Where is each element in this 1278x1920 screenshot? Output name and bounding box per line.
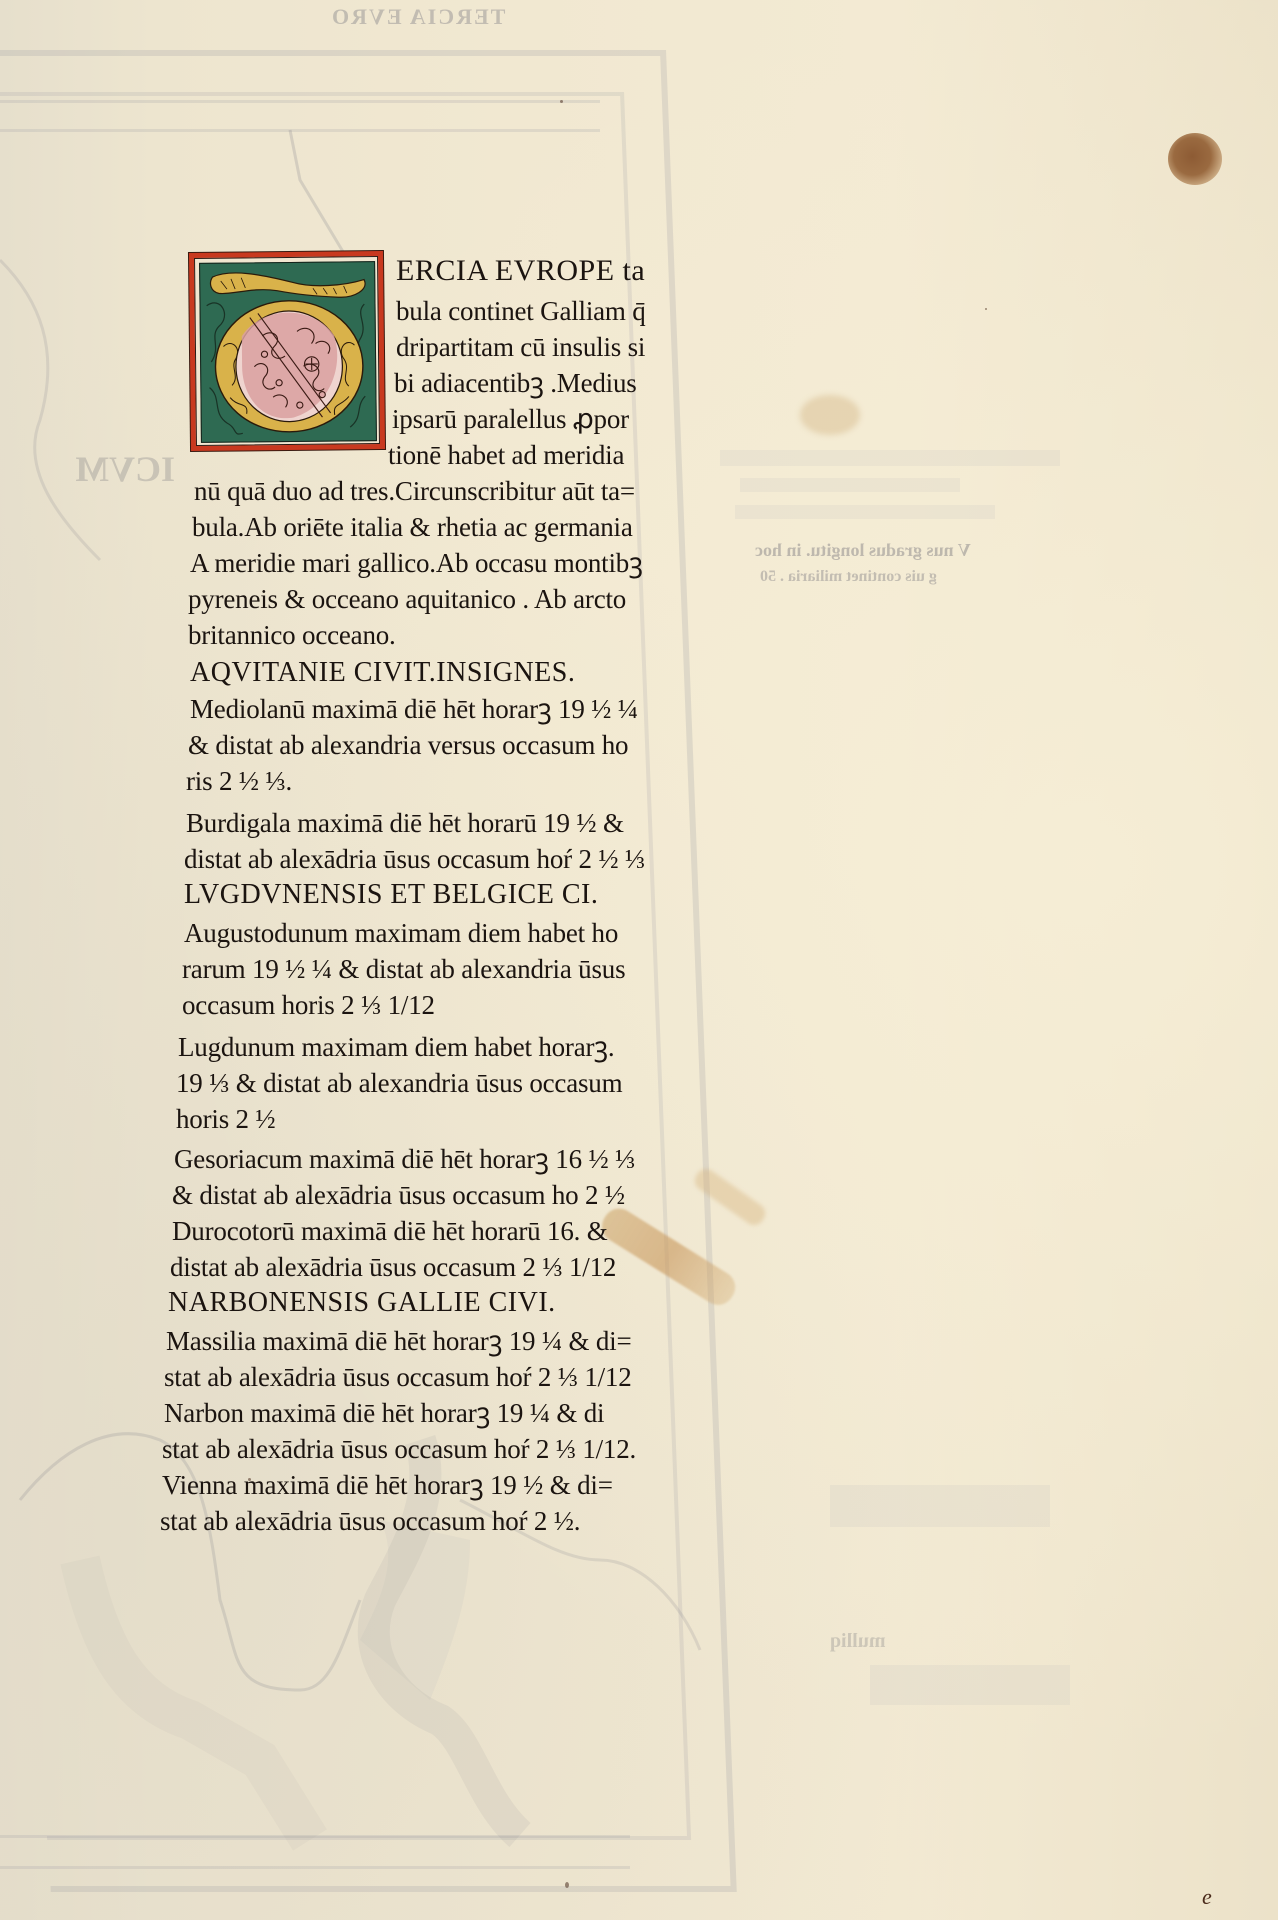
text-line: bula.Ab oriēte italia & rhetia ac german… xyxy=(192,510,633,544)
decorated-initial xyxy=(189,251,385,451)
text-line: stat ab alexādria ūsus occasum hoŕ 2 ⅓ 1… xyxy=(164,1360,632,1394)
section-heading-lugdunensis: LVGDVNENSIS ET BELGICE CI. xyxy=(184,878,598,912)
text-line: Narbon maximā diē hēt horarꝫ 19 ¼ & di xyxy=(164,1396,604,1430)
text-line: bula continet Galliam q̄ xyxy=(396,294,646,328)
historiated-initial-t-icon xyxy=(200,262,376,442)
text-line: Lugdunum maximam diem habet horarꝫ. xyxy=(178,1030,614,1064)
text-line: bi adiacentibꝫ .Medius xyxy=(394,366,637,400)
mirrored-verso-line-1: V nus gradus longitu. in hoc xyxy=(755,540,971,561)
mirrored-lower-label: mulliq xyxy=(830,1630,886,1653)
text-line: stat ab alexādria ūsus occasum hoŕ 2 ⅓ 1… xyxy=(162,1432,636,1466)
signature-mark: e xyxy=(1202,1884,1212,1910)
faint-stain xyxy=(800,395,860,435)
text-line: britannico occeano. xyxy=(188,618,396,652)
mirrored-running-head: TERCIA EVRO xyxy=(330,4,505,30)
text-line: rarum 19 ½ ¼ & distat ab alexandria ūsus xyxy=(182,952,625,986)
text-line: Augustodunum maximam diem habet ho xyxy=(184,916,618,950)
text-line: distat ab alexādria ūsus occasum hoŕ 2 ½… xyxy=(184,842,645,876)
text-line: Vienna maximā diē hēt horarꝫ 19 ½ & di= xyxy=(162,1468,613,1502)
text-line: pyreneis & occeano aquitanico . Ab arcto xyxy=(188,582,626,616)
map-scale-bottom xyxy=(0,1835,630,1869)
text-line: tionē habet ad meridia xyxy=(388,438,624,472)
text-line: & distat ab alexandria versus occasum ho xyxy=(188,728,628,762)
page-paper: TERCIA EVRO ICVM V nus gradus longitu. i… xyxy=(0,0,1278,1920)
text-line: Durocotorū maximā diē hēt horarū 16. & xyxy=(172,1214,608,1248)
text-line: A meridie mari gallico.Ab occasu montibꝫ xyxy=(190,546,643,580)
water-stain-streak xyxy=(596,1203,741,1311)
text-line: stat ab alexādria ūsus occasum hoŕ 2 ½. xyxy=(160,1504,580,1538)
text-line: & distat ab alexādria ūsus occasum ho 2 … xyxy=(172,1178,625,1212)
text-line: ipsarū paralellus ꝓpor xyxy=(392,402,629,436)
text-line: ERCIA EVROPE ta xyxy=(396,254,645,288)
text-line: Burdigala maximā diē hēt horarū 19 ½ & xyxy=(186,806,624,840)
mirrored-map-label: ICVM xyxy=(75,448,175,490)
section-heading-aquitanie: AQVITANIE CIVIT.INSIGNES. xyxy=(190,656,575,690)
text-line: distat ab alexādria ūsus occasum 2 ⅓ 1/1… xyxy=(170,1250,616,1284)
text-line: Massilia maximā diē hēt horarꝫ 19 ¼ & di… xyxy=(166,1324,631,1358)
mirrored-verso-line-2: g uis continet miliaria . 50 xyxy=(760,568,937,586)
text-line: occasum horis 2 ⅓ 1/12 xyxy=(182,988,435,1022)
text-line: dripartitam cū insulis si xyxy=(396,330,645,364)
text-line: Mediolanū maximā diē hēt horarꝫ 19 ½ ¼ xyxy=(190,692,638,726)
text-line: ris 2 ½ ⅓. xyxy=(186,764,292,798)
map-scale-top xyxy=(0,100,600,132)
text-line: horis 2 ½ xyxy=(176,1102,275,1136)
water-stain-streak-2 xyxy=(691,1165,769,1229)
text-line: 19 ⅓ & distat ab alexandria ūsus occasum xyxy=(176,1066,622,1100)
foxing-stain xyxy=(1168,133,1222,185)
text-line: Gesoriacum maximā diē hēt horarꝫ 16 ½ ⅓ xyxy=(174,1142,635,1176)
text-line: nū quā duo ad tres.Circunscribitur aūt t… xyxy=(194,474,635,508)
section-heading-narbonensis: NARBONENSIS GALLIE CIVI. xyxy=(168,1286,556,1320)
